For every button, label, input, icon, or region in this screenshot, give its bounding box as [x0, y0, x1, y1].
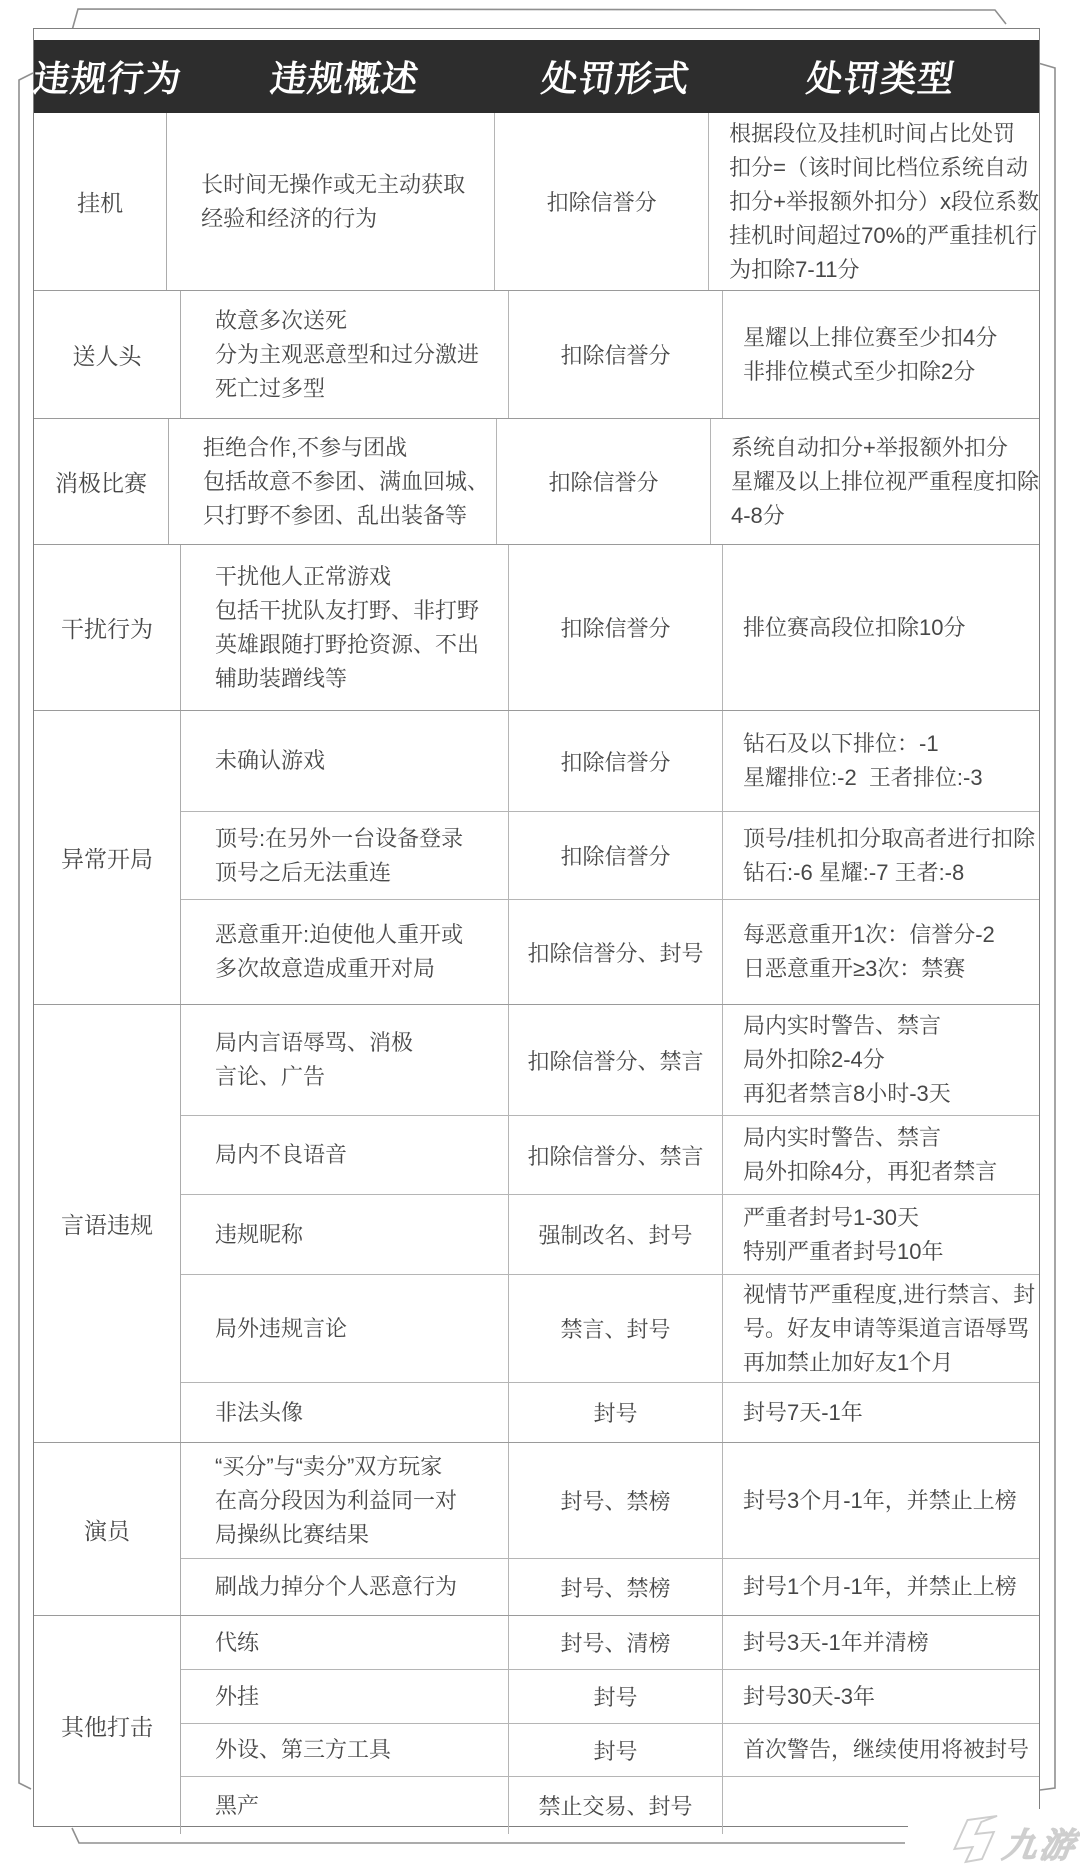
punishment-form-cell: 扣除信誉分 [509, 711, 723, 811]
punishment-type-cell: 封号1个月-1年，并禁止上榜 [723, 1559, 1039, 1615]
column-header-2: 违规概述 [181, 40, 509, 113]
overview-cell: 恶意重开:迫使他人重开或多次故意造成重开对局 [181, 900, 509, 1004]
punishment-type-line: 严重者封号1-30天 [743, 1201, 1039, 1235]
punishment-type-line: 局外扣除2-4分 [743, 1043, 1039, 1077]
overview-line: 黑产 [215, 1789, 508, 1823]
punishment-type-line: 钻石:-6 星耀:-7 王者:-8 [743, 856, 1039, 890]
table-header-row: 违规行为违规概述处罚形式处罚类型 [34, 40, 1039, 113]
jiuyou-logo-icon [948, 1811, 1004, 1865]
overview-cell: 干扰他人正常游戏包括干扰队友打野、非打野英雄跟随打野抢资源、不出辅助装蹭线等 [181, 545, 509, 710]
punishment-type-line: 为扣除7-11分 [729, 253, 1039, 287]
punishment-type-line: 星耀以上排位赛至少扣4分 [743, 321, 1039, 355]
overview-line: 辅助装蹭线等 [215, 662, 508, 696]
column-header-label: 违规概述 [268, 51, 422, 102]
behavior-cell: 干扰行为 [34, 545, 181, 710]
group-rows: 干扰他人正常游戏包括干扰队友打野、非打野英雄跟随打野抢资源、不出辅助装蹭线等扣除… [181, 545, 1039, 710]
punishment-type-line: 排位赛高段位扣除10分 [743, 611, 1039, 645]
punishment-type-line: 首次警告，继续使用将被封号 [743, 1733, 1039, 1767]
punishment-type-line: 星耀及以上排位视严重程度扣除 [731, 465, 1039, 499]
overview-line: 顶号:在另外一台设备登录 [215, 822, 508, 856]
table-row: 恶意重开:迫使他人重开或多次故意造成重开对局扣除信誉分、封号每恶意重开1次：信誉… [181, 900, 1039, 1004]
punishment-type-cell: 顶号/挂机扣分取高者进行扣除钻石:-6 星耀:-7 王者:-8 [723, 812, 1039, 899]
overview-line: 恶意重开:迫使他人重开或 [215, 918, 508, 952]
overview-line: 刷战力掉分个人恶意行为 [215, 1570, 508, 1604]
punishment-form-cell: 扣除信誉分 [509, 812, 723, 899]
punishment-type-line: 日恶意重开≥3次：禁赛 [743, 952, 1039, 986]
punishment-form-cell: 强制改名、封号 [509, 1195, 723, 1274]
overview-line: 死亡过多型 [215, 372, 508, 406]
punishment-type-cell: 排位赛高段位扣除10分 [723, 545, 1039, 710]
punishment-type-line: 钻石及以下排位：-1 [743, 727, 1039, 761]
punishment-type-line: 封号7天-1年 [743, 1396, 1039, 1430]
table-row: 局外违规言论禁言、封号视情节严重程度,进行禁言、封号。好友申请等渠道言语辱骂再加… [181, 1275, 1039, 1383]
overview-cell: 拒绝合作,不参与团战包括故意不参团、满血回城、只打野不参团、乱出装备等 [169, 419, 497, 544]
punishment-type-line: 再犯者禁言8小时-3天 [743, 1077, 1039, 1111]
overview-line: 多次故意造成重开对局 [215, 952, 508, 986]
punishment-type-cell: 局内实时警告、禁言局外扣除2-4分再犯者禁言8小时-3天 [723, 1005, 1039, 1115]
punishment-form-cell: 扣除信誉分、封号 [509, 900, 723, 1004]
table-row: 长时间无操作或无主动获取经验和经济的行为扣除信誉分根据段位及挂机时间占比处罚扣分… [167, 113, 1039, 290]
column-header-4: 处罚类型 [723, 40, 1039, 113]
punishment-type-line: 封号3天-1年并清榜 [743, 1626, 1039, 1660]
overview-line: 局外违规言论 [215, 1312, 508, 1346]
violation-group: 干扰行为干扰他人正常游戏包括干扰队友打野、非打野英雄跟随打野抢资源、不出辅助装蹭… [34, 545, 1039, 711]
punishment-type-line: 扣分=（该时间比档位系统自动 [729, 151, 1039, 185]
table-row: 外设、第三方工具封号首次警告，继续使用将被封号 [181, 1724, 1039, 1777]
overview-line: 顶号之后无法重连 [215, 856, 508, 890]
overview-cell: 黑产 [181, 1777, 509, 1834]
punishment-form-cell: 扣除信誉分 [509, 291, 723, 418]
punishment-form-cell: 封号 [509, 1670, 723, 1723]
behavior-cell: 送人头 [34, 291, 181, 418]
overview-cell: 代练 [181, 1616, 509, 1669]
overview-line: 只打野不参团、乱出装备等 [203, 499, 496, 533]
group-rows: “买分”与“卖分”双方玩家在高分段因为利益同一对局操纵比赛结果封号、禁榜封号3个… [181, 1443, 1039, 1615]
overview-line: 局操纵比赛结果 [215, 1518, 508, 1552]
table-row: 拒绝合作,不参与团战包括故意不参团、满血回城、只打野不参团、乱出装备等扣除信誉分… [169, 419, 1039, 544]
page: 违规行为违规概述处罚形式处罚类型 挂机长时间无操作或无主动获取经验和经济的行为扣… [0, 0, 1080, 1871]
group-rows: 长时间无操作或无主动获取经验和经济的行为扣除信誉分根据段位及挂机时间占比处罚扣分… [167, 113, 1039, 290]
overview-line: 拒绝合作,不参与团战 [203, 431, 496, 465]
behavior-cell: 消极比赛 [34, 419, 169, 544]
punishment-type-cell: 严重者封号1-30天特别严重者封号10年 [723, 1195, 1039, 1274]
punishment-type-line: 4-8分 [731, 499, 1039, 533]
behavior-cell: 演员 [34, 1443, 181, 1615]
punishment-type-cell: 首次警告，继续使用将被封号 [723, 1724, 1039, 1776]
card-top-strip [34, 29, 1039, 40]
punishment-form-cell: 扣除信誉分、禁言 [509, 1116, 723, 1194]
punishment-form-cell: 禁言、封号 [509, 1275, 723, 1382]
punishment-form-cell: 封号 [509, 1724, 723, 1776]
table-row: 非法头像封号封号7天-1年 [181, 1383, 1039, 1442]
violation-group: 异常开局未确认游戏扣除信誉分钻石及以下排位：-1星耀排位:-2 王者排位:-3顶… [34, 711, 1039, 1005]
punishment-type-line: 非排位模式至少扣除2分 [743, 355, 1039, 389]
table-row: 外挂封号封号30天-3年 [181, 1670, 1039, 1724]
overview-line: 干扰他人正常游戏 [215, 560, 508, 594]
table-row: 顶号:在另外一台设备登录顶号之后无法重连扣除信誉分顶号/挂机扣分取高者进行扣除钻… [181, 812, 1039, 900]
punishment-type-line: 视情节严重程度,进行禁言、封 [743, 1278, 1039, 1312]
punishment-type-line: 局内实时警告、禁言 [743, 1121, 1039, 1155]
violation-group: 演员“买分”与“卖分”双方玩家在高分段因为利益同一对局操纵比赛结果封号、禁榜封号… [34, 1443, 1039, 1616]
column-header-label: 违规行为 [30, 51, 184, 102]
overview-cell: “买分”与“卖分”双方玩家在高分段因为利益同一对局操纵比赛结果 [181, 1443, 509, 1558]
frame-right-line [1038, 63, 1055, 1790]
overview-line: 在高分段因为利益同一对 [215, 1484, 508, 1518]
punishment-type-cell: 封号3天-1年并清榜 [723, 1616, 1039, 1669]
violation-group: 消极比赛拒绝合作,不参与团战包括故意不参团、满血回城、只打野不参团、乱出装备等扣… [34, 419, 1039, 545]
punishment-type-line: 顶号/挂机扣分取高者进行扣除 [743, 822, 1039, 856]
table-row: 刷战力掉分个人恶意行为封号、禁榜封号1个月-1年，并禁止上榜 [181, 1559, 1039, 1615]
column-header-label: 处罚形式 [539, 51, 693, 102]
punishment-type-cell: 封号30天-3年 [723, 1670, 1039, 1723]
table-row: 代练封号、清榜封号3天-1年并清榜 [181, 1616, 1039, 1670]
overview-line: 长时间无操作或无主动获取 [201, 168, 494, 202]
punishment-type-line: 局内实时警告、禁言 [743, 1009, 1039, 1043]
punishment-type-cell: 视情节严重程度,进行禁言、封号。好友申请等渠道言语辱骂再加禁止加好友1个月 [723, 1275, 1039, 1382]
overview-line: 外设、第三方工具 [215, 1733, 508, 1767]
table-row: 违规昵称强制改名、封号严重者封号1-30天特别严重者封号10年 [181, 1195, 1039, 1275]
punishment-form-cell: 封号、清榜 [509, 1616, 723, 1669]
overview-line: 局内不良语音 [215, 1138, 508, 1172]
table-row: 局内言语辱骂、消极言论、广告扣除信誉分、禁言局内实时警告、禁言局外扣除2-4分再… [181, 1005, 1039, 1116]
violation-group: 言语违规局内言语辱骂、消极言论、广告扣除信誉分、禁言局内实时警告、禁言局外扣除2… [34, 1005, 1039, 1443]
overview-cell: 非法头像 [181, 1383, 509, 1442]
punishment-form-cell: 扣除信誉分 [495, 113, 709, 290]
punishment-type-cell: 封号3个月-1年，并禁止上榜 [723, 1443, 1039, 1558]
violation-group: 其他打击代练封号、清榜封号3天-1年并清榜外挂封号封号30天-3年外设、第三方工… [34, 1616, 1039, 1834]
table-row: “买分”与“卖分”双方玩家在高分段因为利益同一对局操纵比赛结果封号、禁榜封号3个… [181, 1443, 1039, 1559]
behavior-cell: 挂机 [34, 113, 167, 290]
punishment-type-line: 星耀排位:-2 王者排位:-3 [743, 761, 1039, 795]
group-rows: 拒绝合作,不参与团战包括故意不参团、满血回城、只打野不参团、乱出装备等扣除信誉分… [169, 419, 1039, 544]
overview-cell: 顶号:在另外一台设备登录顶号之后无法重连 [181, 812, 509, 899]
overview-line: 言论、广告 [215, 1060, 508, 1094]
overview-line: 经验和经济的行为 [201, 202, 494, 236]
punishment-type-line: 每恶意重开1次：信誉分-2 [743, 918, 1039, 952]
overview-line: 未确认游戏 [215, 744, 508, 778]
overview-line: 分为主观恶意型和过分激进 [215, 338, 508, 372]
watermark-text: 九游 [1000, 1829, 1079, 1865]
overview-line: 局内言语辱骂、消极 [215, 1026, 508, 1060]
overview-line: 违规昵称 [215, 1218, 508, 1252]
punishment-type-cell: 系统自动扣分+举报额外扣分星耀及以上排位视严重程度扣除4-8分 [711, 419, 1039, 544]
punishment-form-cell: 扣除信誉分 [497, 419, 711, 544]
overview-line: 包括干扰队友打野、非打野 [215, 594, 508, 628]
group-rows: 代练封号、清榜封号3天-1年并清榜外挂封号封号30天-3年外设、第三方工具封号首… [181, 1616, 1039, 1834]
overview-cell: 违规昵称 [181, 1195, 509, 1274]
punishment-type-cell: 星耀以上排位赛至少扣4分非排位模式至少扣除2分 [723, 291, 1039, 418]
group-rows: 局内言语辱骂、消极言论、广告扣除信誉分、禁言局内实时警告、禁言局外扣除2-4分再… [181, 1005, 1039, 1442]
column-header-3: 处罚形式 [509, 40, 723, 113]
punishment-type-cell: 每恶意重开1次：信誉分-2日恶意重开≥3次：禁赛 [723, 900, 1039, 1004]
punishment-type-line: 根据段位及挂机时间占比处罚 [729, 117, 1039, 151]
table-body: 挂机长时间无操作或无主动获取经验和经济的行为扣除信誉分根据段位及挂机时间占比处罚… [34, 113, 1039, 1834]
overview-line: 故意多次送死 [215, 304, 508, 338]
behavior-cell: 言语违规 [34, 1005, 181, 1442]
punishment-form-cell: 扣除信誉分 [509, 545, 723, 710]
punishment-type-line: 封号3个月-1年，并禁止上榜 [743, 1484, 1039, 1518]
overview-cell: 刷战力掉分个人恶意行为 [181, 1559, 509, 1615]
overview-cell: 故意多次送死分为主观恶意型和过分激进死亡过多型 [181, 291, 509, 418]
punishment-type-cell: 钻石及以下排位：-1星耀排位:-2 王者排位:-3 [723, 711, 1039, 811]
overview-cell: 未确认游戏 [181, 711, 509, 811]
table-row: 故意多次送死分为主观恶意型和过分激进死亡过多型扣除信誉分星耀以上排位赛至少扣4分… [181, 291, 1039, 418]
behavior-cell: 其他打击 [34, 1616, 181, 1834]
overview-line: 包括故意不参团、满血回城、 [203, 465, 496, 499]
table-row: 局内不良语音扣除信誉分、禁言局内实时警告、禁言局外扣除4分，再犯者禁言 [181, 1116, 1039, 1195]
column-header-1: 违规行为 [34, 40, 181, 113]
punishment-type-line: 扣分+举报额外扣分）x段位系数 [729, 185, 1039, 219]
overview-line: 外挂 [215, 1680, 508, 1714]
punishment-form-cell: 扣除信誉分、禁言 [509, 1005, 723, 1115]
table-row: 干扰他人正常游戏包括干扰队友打野、非打野英雄跟随打野抢资源、不出辅助装蹭线等扣除… [181, 545, 1039, 710]
overview-line: 代练 [215, 1626, 508, 1660]
punishment-type-line: 系统自动扣分+举报额外扣分 [731, 431, 1039, 465]
violation-group: 送人头故意多次送死分为主观恶意型和过分激进死亡过多型扣除信誉分星耀以上排位赛至少… [34, 291, 1039, 419]
punishment-type-line: 封号1个月-1年，并禁止上榜 [743, 1570, 1039, 1604]
punishment-form-cell: 封号 [509, 1383, 723, 1442]
overview-line: “买分”与“卖分”双方玩家 [215, 1450, 508, 1484]
punishment-type-cell: 根据段位及挂机时间占比处罚扣分=（该时间比档位系统自动扣分+举报额外扣分）x段位… [709, 113, 1039, 290]
overview-line: 非法头像 [215, 1396, 508, 1430]
behavior-cell: 异常开局 [34, 711, 181, 1004]
punishment-form-cell: 禁止交易、封号 [509, 1777, 723, 1834]
punishment-type-line: 再加禁止加好友1个月 [743, 1346, 1039, 1380]
punishment-type-line: 号。好友申请等渠道言语辱骂 [743, 1312, 1039, 1346]
violation-group: 挂机长时间无操作或无主动获取经验和经济的行为扣除信誉分根据段位及挂机时间占比处罚… [34, 113, 1039, 291]
overview-cell: 局内言语辱骂、消极言论、广告 [181, 1005, 509, 1115]
overview-cell: 外挂 [181, 1670, 509, 1723]
punishment-type-line: 特别严重者封号10年 [743, 1235, 1039, 1269]
frame-left-line [19, 73, 33, 1789]
punishment-type-line: 挂机时间超过70%的严重挂机行 [729, 219, 1039, 253]
table-row: 未确认游戏扣除信誉分钻石及以下排位：-1星耀排位:-2 王者排位:-3 [181, 711, 1039, 812]
punishment-form-cell: 封号、禁榜 [509, 1443, 723, 1558]
overview-cell: 局外违规言论 [181, 1275, 509, 1382]
punishment-type-line: 封号30天-3年 [743, 1680, 1039, 1714]
group-rows: 故意多次送死分为主观恶意型和过分激进死亡过多型扣除信誉分星耀以上排位赛至少扣4分… [181, 291, 1039, 418]
penalty-table-card: 违规行为违规概述处罚形式处罚类型 挂机长时间无操作或无主动获取经验和经济的行为扣… [33, 28, 1040, 1827]
column-header-label: 处罚类型 [804, 51, 958, 102]
watermark: 九游 [948, 1811, 1080, 1865]
overview-cell: 局内不良语音 [181, 1116, 509, 1194]
punishment-type-line: 局外扣除4分，再犯者禁言 [743, 1155, 1039, 1189]
overview-cell: 长时间无操作或无主动获取经验和经济的行为 [167, 113, 495, 290]
punishment-form-cell: 封号、禁榜 [509, 1559, 723, 1615]
overview-cell: 外设、第三方工具 [181, 1724, 509, 1776]
punishment-type-cell: 封号7天-1年 [723, 1383, 1039, 1442]
group-rows: 未确认游戏扣除信誉分钻石及以下排位：-1星耀排位:-2 王者排位:-3顶号:在另… [181, 711, 1039, 1004]
punishment-type-cell: 局内实时警告、禁言局外扣除4分，再犯者禁言 [723, 1116, 1039, 1194]
overview-line: 英雄跟随打野抢资源、不出 [215, 628, 508, 662]
